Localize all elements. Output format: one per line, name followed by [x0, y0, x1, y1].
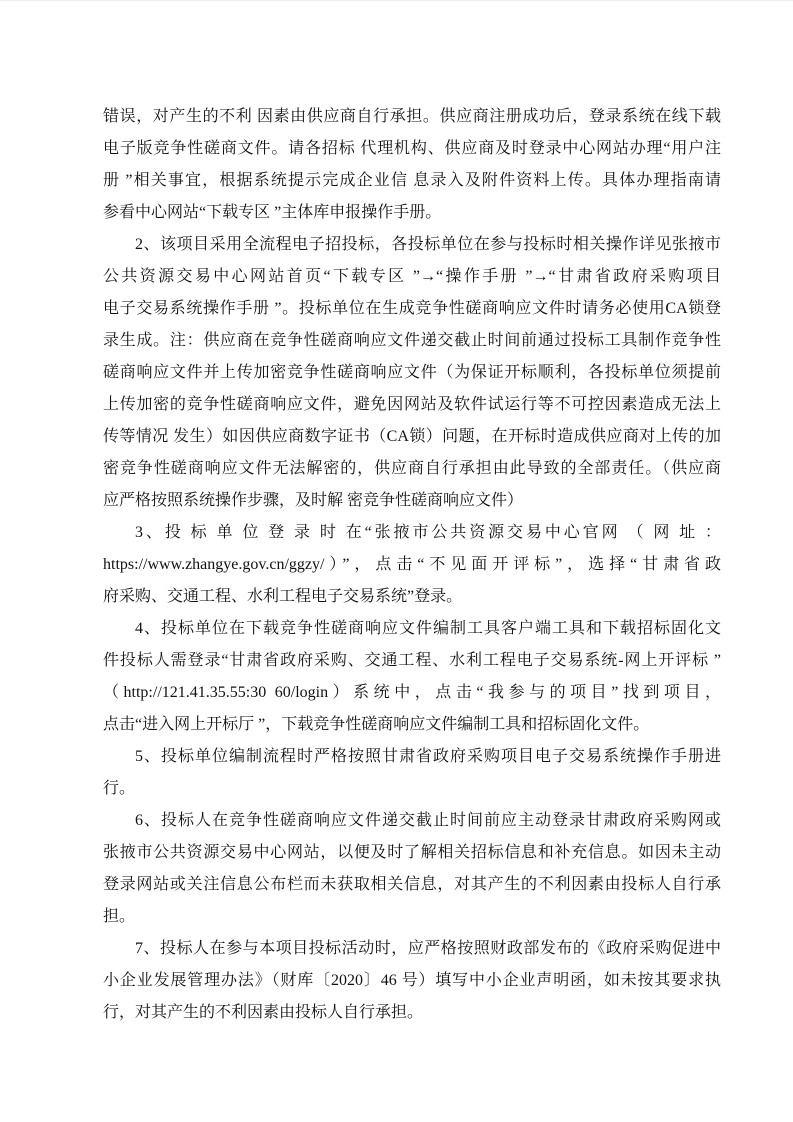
text-line: 传等情况 发生）如因供应商数字证书（CA锁）问题，在开标时造成供应商对上传的加 — [103, 421, 721, 453]
text-line: 电子交易系统操作手册 ”。投标单位在生成竞争性磋商响应文件时请务必使用CA锁登 — [103, 293, 721, 325]
paragraph-item-4-download-tools: 4、投标单位在下载竞争性磋商响应文件编制工具客户端工具和下载招标固化文件投标人需… — [103, 613, 721, 741]
text-line: 点击“进入网上开标厅 ”，下载竞争性磋商响应文件编制工具和招标固化文件。 — [103, 709, 721, 741]
text-line: 电子版竞争性磋商文件。请各招标 代理机构、供应商及时登录中心网站办理“用户注 — [103, 133, 721, 165]
text-line: 3、投 标 单 位 登 录 时 在“张掖市公共资源交易中心官网 （ 网 址 ： — [103, 517, 721, 549]
text-line: https://www.zhangye.gov.cn/ggzy/）”，点击“不见… — [103, 549, 721, 581]
document-body: 错误，对产生的不利 因素由供应商自行承担。供应商注册成功后，登录系统在线下载电子… — [103, 101, 721, 1029]
paragraph-item-2-full-process-e-bidding: 2、该项目采用全流程电子招投标，各投标单位在参与投标时相关操作详见张掖市公共资源… — [103, 229, 721, 517]
text-line: 行，对其产生的不利因素由投标人自行承担。 — [103, 997, 721, 1029]
text-line: 担。 — [103, 901, 721, 933]
text-line: 府采购、交通工程、水利工程电子交易系统”登录。 — [103, 581, 721, 613]
document-page: 错误，对产生的不利 因素由供应商自行承担。供应商注册成功后，登录系统在线下载电子… — [0, 0, 793, 1122]
text-line: 6、投标人在竞争性磋商响应文件递交截止时间前应主动登录甘肃政府采购网或 — [103, 805, 721, 837]
text-line: 公共资源交易中心网站首页“下载专区 ”→“操作手册 ”→“甘肃省政府采购项目 — [103, 261, 721, 293]
text-line: 应严格按照系统操作步骤，及时解 密竞争性磋商响应文件） — [103, 485, 721, 517]
paragraph-item-7-sme-declaration: 7、投标人在参与本项目投标活动时，应严格按照财政部发布的《政府采购促进中小企业发… — [103, 933, 721, 1029]
text-line: 5、投标单位编制流程时严格按照甘肃省政府采购项目电子交易系统操作手册进 — [103, 741, 721, 773]
text-line: 登录网站或关注信息公布栏而未获取相关信息，对其产生的不利因素由投标人自行承 — [103, 869, 721, 901]
paragraph-item-6-monitor-announcements: 6、投标人在竞争性磋商响应文件递交截止时间前应主动登录甘肃政府采购网或张掖市公共… — [103, 805, 721, 933]
paragraph-supplier-registration-notes: 错误，对产生的不利 因素由供应商自行承担。供应商注册成功后，登录系统在线下载电子… — [103, 101, 721, 229]
text-line: 行。 — [103, 773, 721, 805]
text-line: 7、投标人在参与本项目投标活动时，应严格按照财政部发布的《政府采购促进中 — [103, 933, 721, 965]
text-line: 磋商响应文件并上传加密竞争性磋商响应文件（为保证开标顺利，各投标单位须提前 — [103, 357, 721, 389]
text-line: 错误，对产生的不利 因素由供应商自行承担。供应商注册成功后，登录系统在线下载 — [103, 101, 721, 133]
paragraph-item-3-portal-login: 3、投 标 单 位 登 录 时 在“张掖市公共资源交易中心官网 （ 网 址 ：h… — [103, 517, 721, 613]
text-line: 册 ”相关事宜，根据系统提示完成企业信 息录入及附件资料上传。具体办理指南请 — [103, 165, 721, 197]
text-line: （http://121.41.35.55:30 60/login）系统中，点击“… — [103, 677, 721, 709]
text-line: 密竞争性磋商响应文件无法解密的，供应商自行承担由此导致的全部责任。（供应商 — [103, 453, 721, 485]
text-line: 小企业发展管理办法》（财库〔2020〕46 号）填写中小企业声明函，如未按其要求… — [103, 965, 721, 997]
text-line: 4、投标单位在下载竞争性磋商响应文件编制工具客户端工具和下载招标固化文 — [103, 613, 721, 645]
text-line: 张掖市公共资源交易中心网站，以便及时了解相关招标信息和补充信息。如因未主动 — [103, 837, 721, 869]
paragraph-item-5-follow-operation-manual: 5、投标单位编制流程时严格按照甘肃省政府采购项目电子交易系统操作手册进行。 — [103, 741, 721, 805]
text-line: 录生成。注：供应商在竞争性磋商响应文件递交截止时间前通过投标工具制作竞争性 — [103, 325, 721, 357]
text-line: 上传加密的竞争性磋商响应文件，避免因网站及软件试运行等不可控因素造成无法上 — [103, 389, 721, 421]
text-line: 参看中心网站“下载专区 ”主体库申报操作手册。 — [103, 197, 721, 229]
text-line: 件投标人需登录“甘肃省政府采购、交通工程、水利工程电子交易系统-网上开评标 ” — [103, 645, 721, 677]
text-line: 2、该项目采用全流程电子招投标，各投标单位在参与投标时相关操作详见张掖市 — [103, 229, 721, 261]
